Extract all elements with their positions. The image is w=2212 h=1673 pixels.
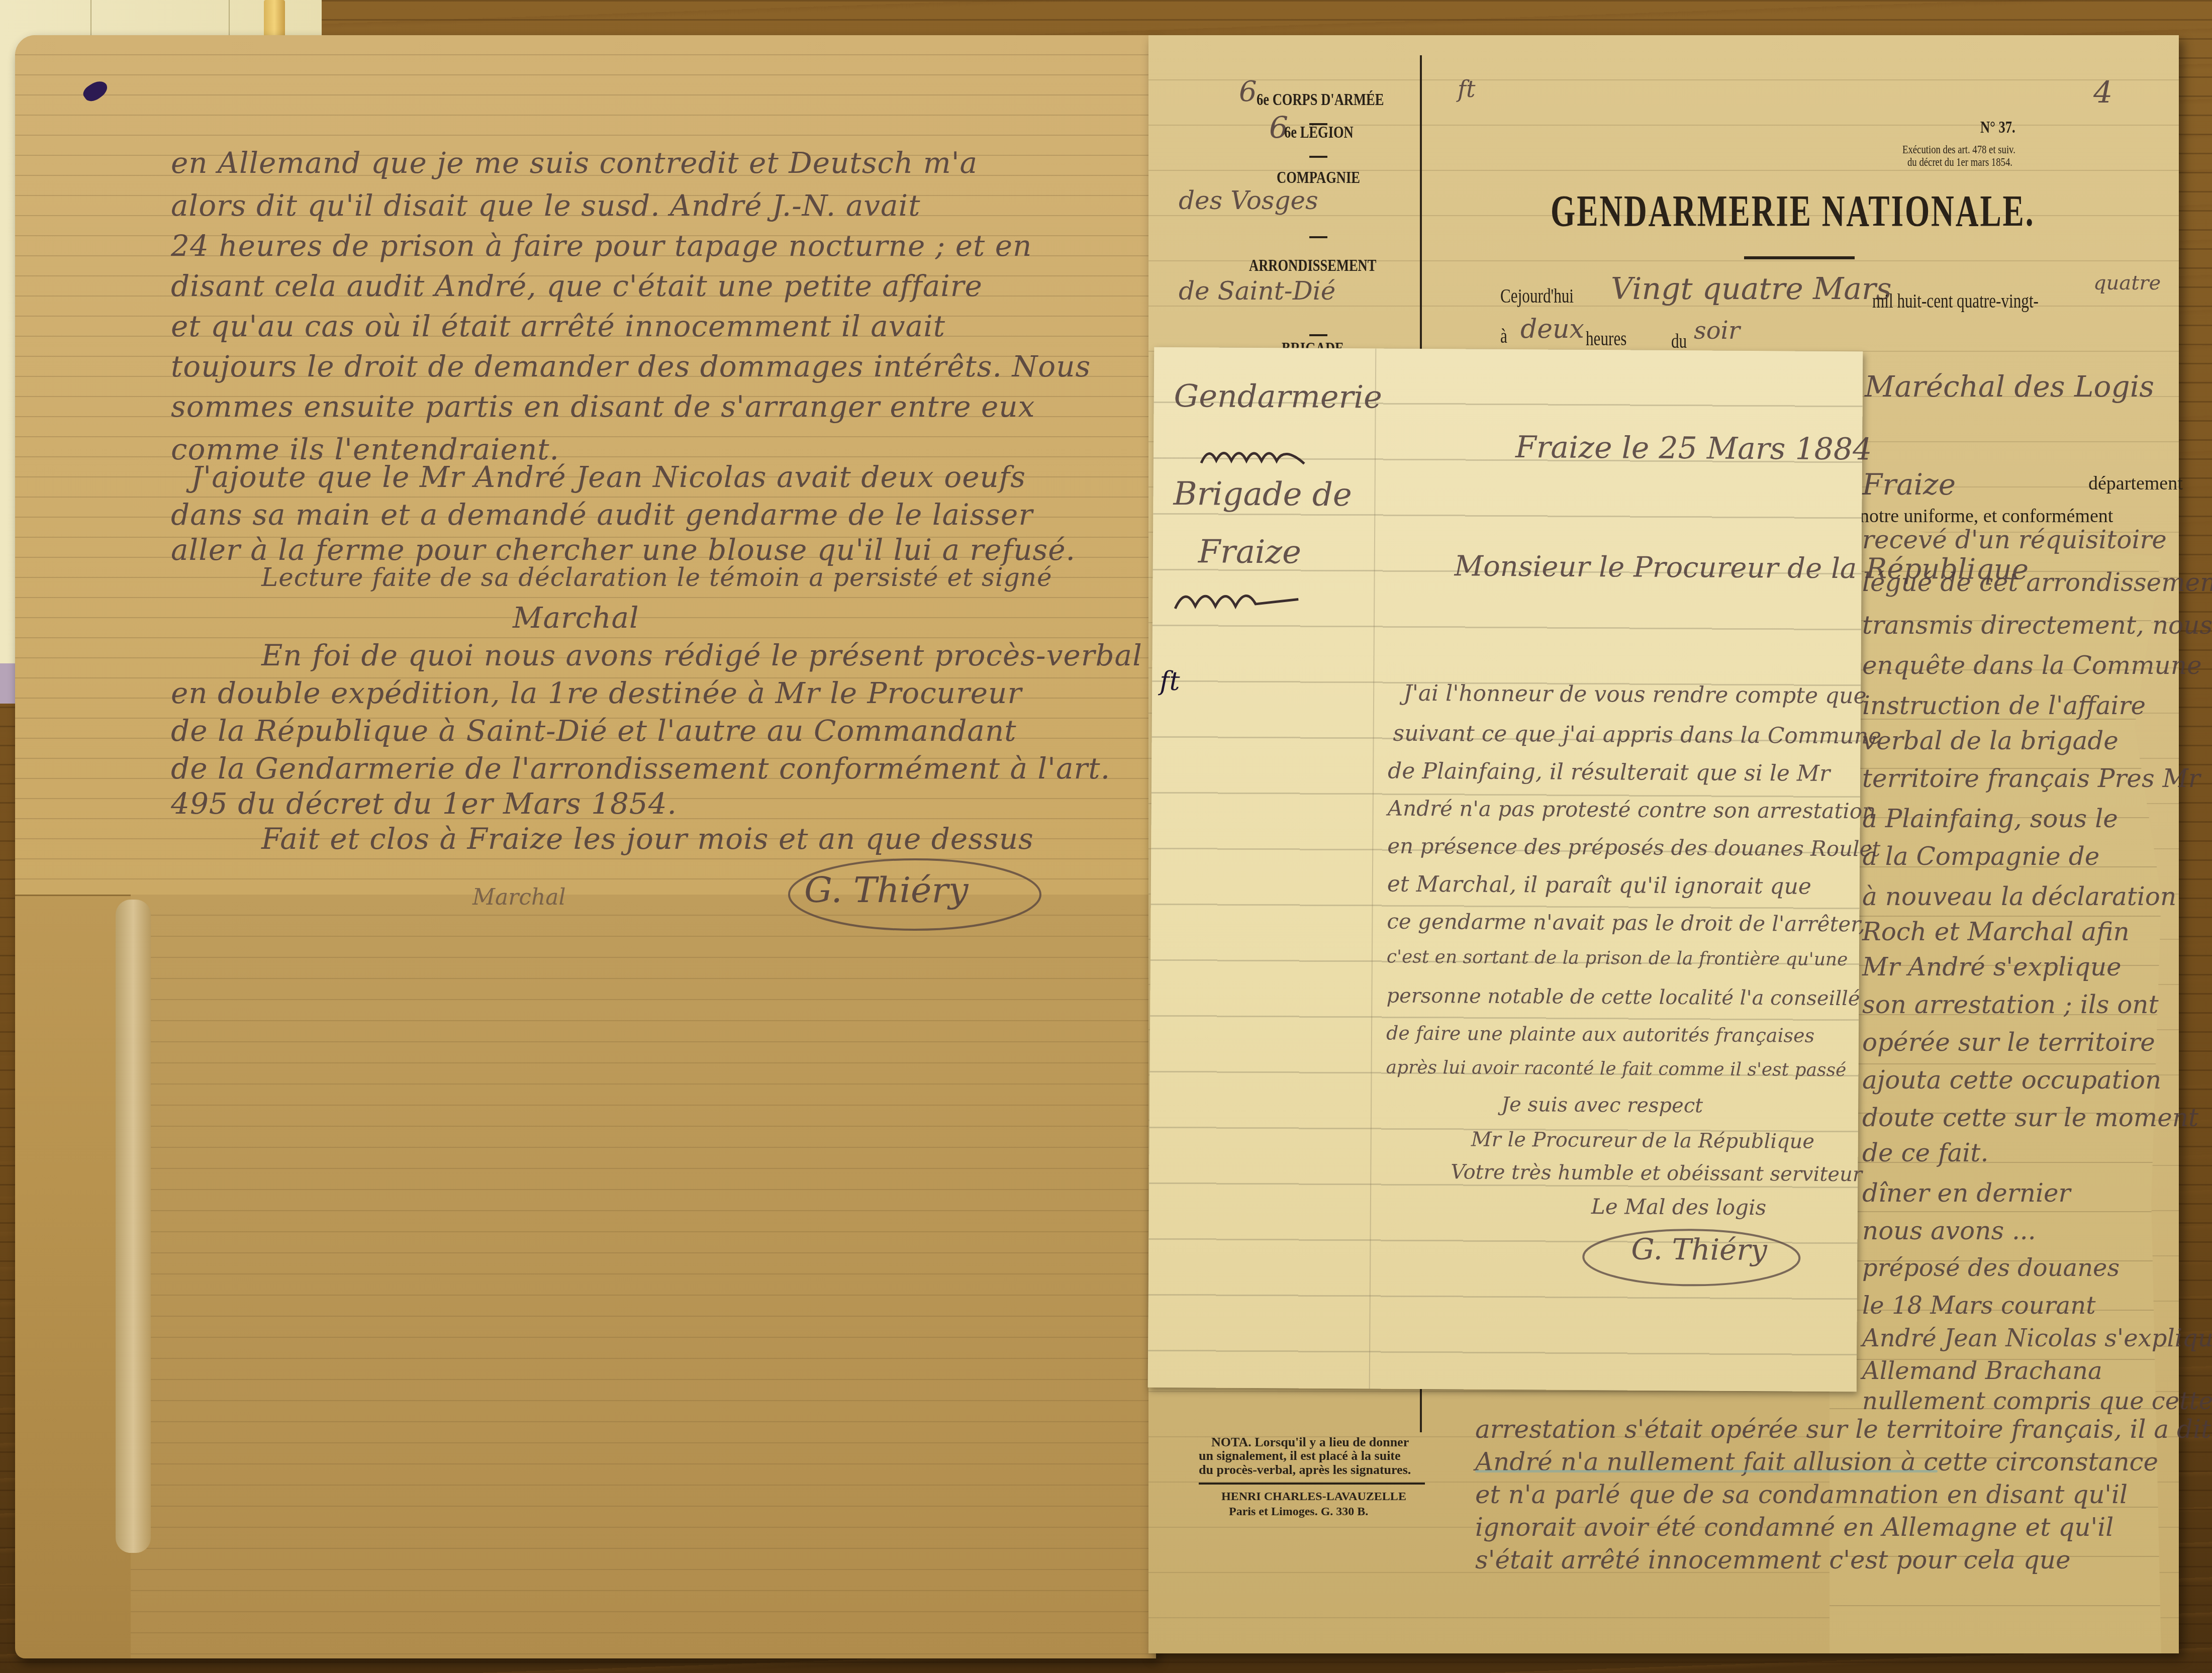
form-hand-line: Roch et Marchal afin bbox=[1862, 917, 2130, 946]
secondary-signature: Marchal bbox=[472, 884, 566, 910]
cejourdhui-label: Cejourd'hui bbox=[1500, 284, 1574, 308]
corner-mark: ft bbox=[1458, 75, 1476, 103]
year-hand: quatre bbox=[2093, 271, 2161, 294]
form-hand-line: instruction de l'affaire bbox=[1862, 691, 2146, 720]
handwritten-line: 495 du décret du 1er Mars 1854. bbox=[171, 786, 677, 821]
handwritten-line: dans sa main et a demandé audit gendarme… bbox=[171, 498, 1033, 532]
departement-label: département bbox=[2088, 472, 2183, 495]
flourish-squiggle-icon bbox=[1173, 583, 1303, 615]
separator-dash bbox=[1309, 236, 1327, 238]
handwritten-line: toujours le droit de demander des dommag… bbox=[171, 349, 1091, 383]
flourish-squiggle-icon bbox=[1199, 443, 1309, 468]
letter-sidebar-fraize: Fraize bbox=[1198, 533, 1302, 571]
uniforme-text: notre uniforme, et conformément bbox=[1860, 505, 2113, 527]
printer-name: HENRI CHARLES-LAVAUZELLE bbox=[1221, 1490, 1406, 1504]
arrondissement-value: de Saint-Dié bbox=[1179, 276, 1335, 306]
form-hand-line: arrestation s'était opérée sur le territ… bbox=[1475, 1415, 2211, 1444]
letter-sidebar-brigade: Brigade de bbox=[1173, 475, 1352, 514]
handwritten-line: en Allemand que je me suis contredit et … bbox=[171, 146, 978, 180]
handwritten-line: de la République à Saint-Dié et l'autre … bbox=[171, 714, 1017, 748]
corps-label: 6e CORPS D'ARMÉE bbox=[1257, 90, 1384, 110]
letter-sidebar-gendarmerie: Gendarmerie bbox=[1174, 377, 1383, 416]
handwritten-line: aller à la ferme pour chercher une blous… bbox=[171, 533, 1076, 567]
form-hand-line: doute cette sur le moment bbox=[1862, 1103, 2198, 1132]
form-hand-line: ajouta cette occupation bbox=[1862, 1065, 2161, 1095]
year-label: mil huit-cent quatre-vingt- bbox=[1872, 289, 2039, 313]
form-hand-line: dîner en dernier bbox=[1862, 1178, 2070, 1208]
form-hand-line: transmis directement, nous bbox=[1862, 611, 2212, 640]
letter-closing-line: Votre très humble et obéissant serviteur bbox=[1451, 1160, 1862, 1186]
form-hand-line: à Plainfaing, sous le bbox=[1862, 804, 2118, 833]
form-hand-line: à la Compagnie de bbox=[1862, 842, 2099, 871]
heures-label: heures bbox=[1586, 327, 1626, 350]
letter-body-line: en présence des préposés des douanes Rou… bbox=[1387, 834, 1880, 861]
execution-note: Exécution des art. 478 et suiv. bbox=[1902, 143, 2015, 157]
margin-mark: ft bbox=[1160, 666, 1180, 697]
form-hand-line: recevé d'un réquisitoire bbox=[1862, 525, 2167, 554]
letter-body-line: de Plainfaing, il résulterait que si le … bbox=[1388, 758, 1830, 786]
compagnie-value: des Vosges bbox=[1179, 186, 1318, 215]
letter-body-line: personne notable de cette localité l'a c… bbox=[1386, 985, 1860, 1011]
form-hand-line: verbal de la brigade bbox=[1862, 726, 2119, 755]
handwritten-line: alors dit qu'il disait que le susd. Andr… bbox=[171, 188, 920, 223]
form-hand-line: opérée sur le territoire bbox=[1862, 1028, 2155, 1057]
printer-location: Paris et Limoges. G. 330 B. bbox=[1229, 1505, 1368, 1519]
form-hand-line: enquête dans la Commune bbox=[1862, 651, 2202, 680]
handwritten-line: disant cela audit André, que c'était une… bbox=[171, 269, 983, 303]
form-hand-line: nullement compris que cette bbox=[1862, 1387, 2212, 1415]
nota-line: un signalement, il est placé à la suite bbox=[1199, 1448, 1401, 1463]
arrondissement-label: ARRONDISSEMENT bbox=[1249, 256, 1376, 275]
letter-salutation: Monsieur le Procureur de la République bbox=[1454, 550, 2029, 586]
du-label: du bbox=[1671, 329, 1687, 353]
form-hand-line: et n'a parlé que de sa condamnation en d… bbox=[1475, 1480, 2128, 1509]
handwritten-line: et qu'au cas où il était arrêté innocemm… bbox=[171, 309, 945, 343]
form-hand-line: territoire français Pres Mr bbox=[1862, 764, 2200, 793]
handwritten-line: 24 heures de prison à faire pour tapage … bbox=[171, 229, 1032, 263]
form-hand-line: le 18 Mars courant bbox=[1862, 1292, 2095, 1320]
form-title: GENDARMERIE NATIONALE. bbox=[1551, 186, 2035, 237]
form-hand-line: Mr André s'explique bbox=[1862, 952, 2122, 981]
rank-value: Maréchal des Logis bbox=[1865, 369, 2154, 404]
letter-body-line: J'ai l'honneur de vous rendre compte que bbox=[1403, 680, 1867, 709]
letter-body-line: après lui avoir raconté le fait comme il… bbox=[1386, 1057, 1846, 1081]
handwritten-line: sommes ensuite partis en disant de s'arr… bbox=[171, 389, 1035, 424]
letter-margin-rule bbox=[1369, 348, 1377, 1389]
nota-line: du procès-verbal, après les signatures. bbox=[1199, 1462, 1411, 1478]
letter-body-line: ce gendarme n'avait pas le droit de l'ar… bbox=[1387, 909, 1865, 937]
commune-value: Fraize bbox=[1862, 467, 1956, 502]
signature-flourish-icon bbox=[774, 844, 1055, 945]
handwritten-line: En foi de quoi nous avons rédigé le prés… bbox=[261, 638, 1142, 672]
blue-pencil-underline bbox=[1475, 1470, 1938, 1472]
separator-dash bbox=[1309, 156, 1327, 158]
corps-hand-number: 6 bbox=[1239, 75, 1257, 108]
title-rule bbox=[1744, 256, 1855, 259]
letter-closing-line: Je suis avec respect bbox=[1501, 1093, 1703, 1117]
form-hand-line: Allemand Brachana bbox=[1862, 1357, 2102, 1385]
curled-paper-edge bbox=[116, 900, 151, 1553]
du-value: soir bbox=[1694, 317, 1740, 345]
letter-body-line: et Marchal, il paraît qu'il ignorait que bbox=[1387, 871, 1811, 900]
letter-to-procureur: Gendarmerie Brigade de Fraize ft Fraize … bbox=[1148, 347, 1863, 1392]
handwritten-line: J'ajoute que le Mr André Jean Nicolas av… bbox=[191, 460, 1026, 494]
letter-signature: G. Thiéry bbox=[1631, 1232, 1767, 1267]
letter-closing-line: Mr le Procureur de la République bbox=[1471, 1128, 1815, 1153]
form-hand-line: nous avons ... bbox=[1862, 1216, 2036, 1245]
form-hand-line: André Jean Nicolas s'explique bbox=[1862, 1324, 2212, 1352]
legion-label: 6e LÉGION bbox=[1284, 123, 1354, 142]
page-number: 4 bbox=[2093, 75, 2112, 111]
letter-body-line: suivant ce que j'ai appris dans la Commu… bbox=[1393, 721, 1881, 749]
form-hand-line: de ce fait. bbox=[1862, 1138, 1988, 1167]
cejourdhui-value: Vingt quatre Mars bbox=[1611, 271, 1892, 307]
letter-body-line: de faire une plainte aux autorités franç… bbox=[1386, 1022, 1814, 1047]
handwritten-line: en double expédition, la 1re destinée à … bbox=[171, 676, 1022, 710]
letter-place-date: Fraize le 25 Mars 1884 bbox=[1515, 430, 1872, 467]
heure-value: deux bbox=[1520, 314, 1584, 344]
handwritten-line: Lecture faite de sa déclaration le témoi… bbox=[261, 563, 1052, 592]
handwritten-line: de la Gendarmerie de l'arrondissement co… bbox=[171, 751, 1110, 785]
form-hand-line: son arrestation ; ils ont bbox=[1862, 990, 2159, 1019]
nota-rule bbox=[1199, 1483, 1425, 1485]
letter-body-line: c'est en sortant de la prison de la fron… bbox=[1387, 947, 1848, 970]
separator-dash bbox=[1309, 334, 1327, 336]
letter-body-line: André n'a pas protesté contre son arrest… bbox=[1388, 796, 1876, 824]
compagnie-label: COMPAGNIE bbox=[1277, 168, 1360, 187]
heure-prefix: à bbox=[1500, 324, 1507, 348]
left-page-lower-blank-sheet bbox=[131, 895, 1156, 1658]
form-number: N° 37. bbox=[1980, 118, 2015, 137]
execution-note: du décret du 1er mars 1854. bbox=[1907, 156, 2012, 169]
form-hand-line: ignorait avoir été condamné en Allemagne… bbox=[1475, 1513, 2113, 1542]
letter-closing-line: Le Mal des logis bbox=[1591, 1194, 1766, 1220]
form-hand-line: s'était arrêté innocemment c'est pour ce… bbox=[1475, 1545, 2071, 1574]
nota-line: NOTA. Lorsqu'il y a lieu de donner bbox=[1211, 1435, 1409, 1450]
witness-signature: Marchal bbox=[513, 601, 639, 635]
form-hand-line: à nouveau la déclaration bbox=[1862, 882, 2176, 911]
form-hand-line: préposé des douanes bbox=[1862, 1254, 2120, 1282]
